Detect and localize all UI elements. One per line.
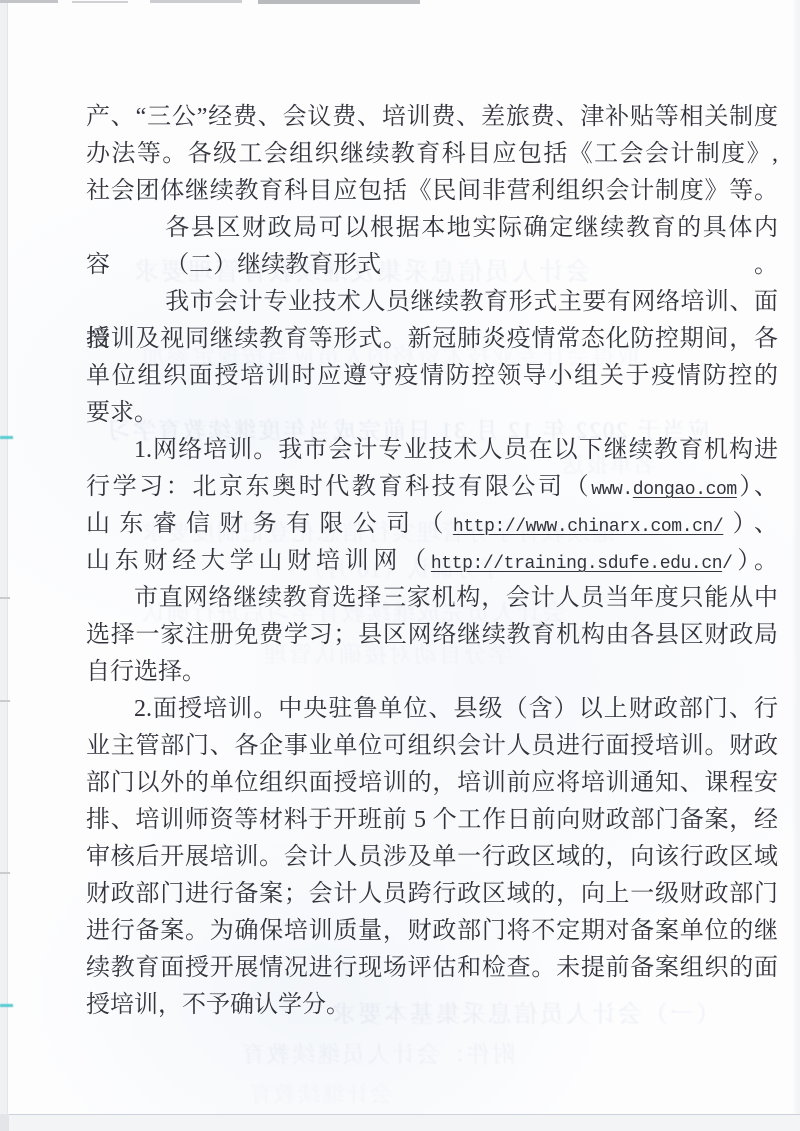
scan-top-strip [150, 0, 242, 3]
text-line: 社会团体继续教育科目应包括《民间非营利组织会计制度》等。 [86, 173, 778, 210]
text-segment: ）、 [737, 474, 778, 500]
text-line: 选择一家注册免费学习；县区网络继续教育机构由各县区财政局 [86, 617, 778, 654]
scan-top-strip [258, 0, 420, 4]
scan-top-strip [0, 0, 58, 3]
scan-edge-right [792, 0, 800, 1131]
text-line: 产、“三公”经费、会议费、培训费、差旅费、津补贴等相关制度 [86, 99, 778, 136]
scanned-page: { "colors": { "paper": "#fdfdfe", "ink":… [0, 0, 800, 1131]
text-line: 各县区财政局可以根据本地实际确定继续教育的具体内容。 [86, 210, 778, 247]
text-line: 行学习：北京东奥时代教育科技有限公司（www.dongao.com）、 [86, 469, 778, 506]
text-line: 审核后开展培训。会计人员涉及单一行政区域的，向该行政区域 [86, 839, 778, 876]
text-segment: ）、 [723, 511, 778, 537]
text-line: 办法等。各级工会组织继续教育科目应包括《工会会计制度》, [86, 136, 778, 173]
url-text: dongao.com [633, 480, 737, 500]
text-line: 山东睿信财务有限公司（http://www.chinarx.com.cn/）、 [86, 506, 778, 543]
text-segment: ）。 [733, 548, 778, 574]
document-text: 产、“三公”经费、会议费、培训费、差旅费、津补贴等相关制度办法等。各级工会组织继… [86, 99, 778, 1024]
text-line: 培训及视同继续教育等形式。新冠肺炎疫情常态化防控期间，各 [86, 321, 778, 358]
text-line: 要求。 [86, 395, 778, 432]
text-line: 续教育面授开展情况进行现场评估和检查。未提前备案组织的面 [86, 950, 778, 987]
text-line: 业主管部门、各企事业单位可组织会计人员进行面授培训。财政 [86, 728, 778, 765]
text-line: 山东财经大学山财培训网（http://training.sdufe.edu.cn… [86, 543, 778, 580]
url-text: / [722, 554, 732, 574]
text-line: 2.面授培训。中央驻鲁单位、县级（含）以上财政部门、行 [86, 691, 778, 728]
left-edge-tick [0, 872, 10, 874]
scan-edge-left [0, 0, 8, 1131]
text-line: 进行备案。为确保培训质量，财政部门将不定期对备案单位的继 [86, 913, 778, 950]
left-edge-tick [0, 597, 10, 599]
text-line: 授培训，不予确认学分。 [86, 987, 778, 1024]
scan-top-strip [72, 1, 128, 3]
scan-edge-bottom [0, 1114, 800, 1131]
text-segment: 行学习：北京东奥时代教育科技有限公司（ [86, 474, 591, 500]
url-text: www. [591, 480, 633, 500]
bleed-through-line: 会计继续教育 [248, 1078, 392, 1109]
registration-mark-cyan [0, 436, 13, 439]
registration-mark-cyan [0, 1004, 13, 1007]
text-line: 财政部门进行备案；会计人员跨行政区域的，向上一级财政部门 [86, 876, 778, 913]
text-line: 排、培训师资等材料于开班前 5 个工作日前向财政部门备案，经 [86, 802, 778, 839]
bleed-through-line: 附件：会计人员继续教育 [240, 1036, 515, 1069]
text-segment: 山东财经大学山财培训网（ [86, 548, 431, 574]
text-line: 自行选择。 [86, 654, 778, 691]
text-line: 部门以外的单位组织面授培训的，培训前应将培训通知、课程安 [86, 765, 778, 802]
text-line: 1.网络培训。我市会计专业技术人员在以下继续教育机构进 [86, 432, 778, 469]
url-text: http://www.chinarx.com.cn/ [453, 517, 723, 537]
text-line: 单位组织面授培训时应遵守疫情防控领导小组关于疫情防控的 [86, 358, 778, 395]
scan-corner-bottom-left [0, 1114, 9, 1131]
text-line: 市直网络继续教育选择三家机构，会计人员当年度只能从中 [86, 580, 778, 617]
left-edge-tick [0, 700, 10, 702]
text-line: 我市会计专业技术人员继续教育形式主要有网络培训、面授 [86, 284, 778, 321]
url-text: http://training.sdufe.edu.cn [431, 554, 722, 574]
text-segment: 山东睿信财务有限公司（ [86, 511, 453, 537]
